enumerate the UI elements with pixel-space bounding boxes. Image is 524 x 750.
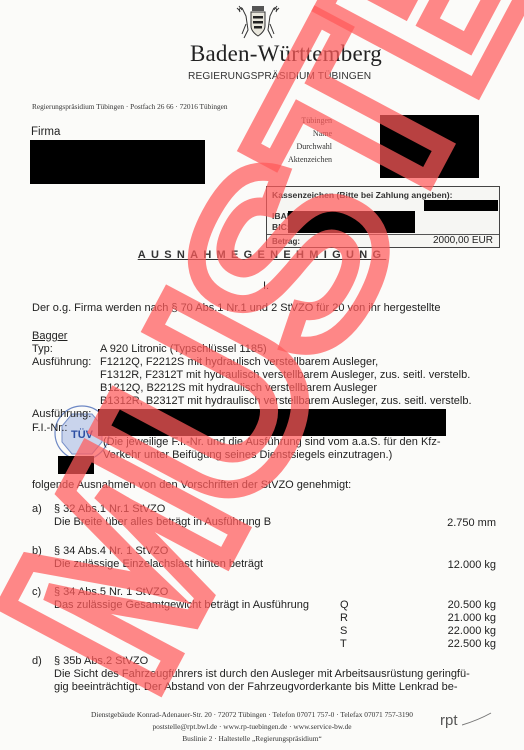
fi-note-line: (Die jeweilige F.I.-Nr. und die Ausführu… bbox=[103, 436, 441, 449]
item-paragraph: § 34 Abs.5 Nr. 1 StVZO bbox=[54, 586, 168, 598]
coat-of-arms-icon bbox=[234, 4, 282, 40]
redacted-stamp-field bbox=[58, 456, 94, 474]
fi-number-label: F.I.-Nr.: bbox=[32, 422, 67, 435]
variant-weight: 22.000 kg bbox=[376, 625, 496, 637]
fi-note-line: Verkehr unter Beifügung seines Dienstsie… bbox=[103, 449, 441, 462]
type-value: A 920 Litronic (Typschlüssel 1185) bbox=[100, 343, 267, 356]
meta-label-file-number: Aktenzeichen bbox=[288, 153, 332, 166]
recipient-label: Firma bbox=[31, 126, 60, 138]
variant-line: F1312R, F2312T mit hydraulisch verstellb… bbox=[100, 369, 472, 382]
meta-label-extension: Durchwahl bbox=[288, 140, 332, 153]
redacted-recipient-address bbox=[30, 140, 205, 184]
fi-note: (Die jeweilige F.I.-Nr. und die Ausführu… bbox=[103, 436, 441, 462]
document-title: AUSNAHMEGENEHMIGUNG bbox=[0, 249, 524, 261]
item-value: 2.750 mm bbox=[376, 517, 496, 529]
meta-label-city: Tübingen bbox=[288, 114, 332, 127]
type-label: Typ: bbox=[32, 343, 53, 356]
footer-bus: Buslinie 2 · Haltestelle „Regierungspräs… bbox=[0, 734, 524, 743]
intro-text: Der o.g. Firma werden nach § 70 Abs.1 Nr… bbox=[32, 302, 440, 315]
state-name: Baden-Württemberg bbox=[0, 41, 524, 67]
redacted-iban-bic bbox=[288, 211, 415, 233]
exceptions-intro: folgende Ausnahmen von den Vorschriften … bbox=[32, 479, 351, 492]
variant-weight: 20.500 kg bbox=[376, 599, 496, 611]
kassenzeichen-label: Kassenzeichen (Bitte bei Zahlung angeben… bbox=[272, 190, 453, 200]
variant-line: F1212Q, F2212S mit hydraulisch verstellb… bbox=[100, 356, 472, 369]
item-letter: d) bbox=[32, 655, 42, 667]
return-address: Regierungspräsidium Tübingen · Postfach … bbox=[32, 102, 228, 111]
variant-code: T bbox=[340, 638, 347, 650]
rpt-logo-swoosh-icon bbox=[462, 712, 492, 726]
item-letter: b) bbox=[32, 545, 42, 557]
item-letter: a) bbox=[32, 503, 42, 515]
redacted-variant-fi-number bbox=[98, 409, 446, 436]
variant-code: Q bbox=[340, 599, 349, 611]
item-paragraph: § 35b Abs.2 StVZO bbox=[54, 655, 148, 667]
item-description: Die zulässige Einzelachslast hinten betr… bbox=[54, 558, 263, 570]
svg-text:TÜV: TÜV bbox=[71, 428, 94, 441]
redacted-reference-values bbox=[380, 115, 479, 178]
vehicle-category: Bagger bbox=[32, 330, 67, 343]
item-letter: c) bbox=[32, 586, 41, 598]
variant-weight: 21.000 kg bbox=[376, 612, 496, 624]
meta-label-name: Name bbox=[288, 127, 332, 140]
authority-name: REGIERUNGSPRÄSIDIUM TÜBINGEN bbox=[188, 71, 371, 82]
amount-value: 2000,00 EUR bbox=[433, 235, 493, 246]
variant-line: B1312R, B2312T mit hydraulisch verstellb… bbox=[100, 395, 472, 408]
item-description-line: Die Sicht des Fahrzeugführers ist durch … bbox=[54, 668, 470, 680]
variant-code: R bbox=[340, 612, 348, 624]
payment-box: Kassenzeichen (Bitte bei Zahlung angeben… bbox=[266, 186, 500, 248]
variant-code: S bbox=[340, 625, 347, 637]
item-description-line: gig beeinträchtigt. Der Abstand von der … bbox=[54, 681, 458, 693]
item-description: Die Breite über alles beträgt in Ausführ… bbox=[54, 516, 271, 528]
variant-label: Ausführung: bbox=[32, 356, 91, 369]
variant-list: F1212Q, F2212S mit hydraulisch verstellb… bbox=[100, 356, 472, 408]
section-number: I. bbox=[263, 280, 269, 292]
item-description: Das zulässige Gesamtgewicht beträgt in A… bbox=[54, 599, 309, 611]
variant-line: B1212Q, B2212S mit hydraulisch verstellb… bbox=[100, 382, 472, 395]
item-paragraph: § 32 Abs.1 Nr.1 StVZO bbox=[54, 503, 165, 515]
redacted-kassenzeichen bbox=[424, 200, 498, 211]
amount-label: Betrag: bbox=[272, 237, 300, 246]
variant-weight: 22.500 kg bbox=[376, 638, 496, 650]
variant-label-2: Ausführung: bbox=[32, 408, 91, 421]
reference-labels: Tübingen Name Durchwahl Aktenzeichen bbox=[288, 114, 332, 166]
rpt-logo: rpt bbox=[440, 712, 492, 729]
item-paragraph: § 34 Abs.4 Nr. 1 StVZO bbox=[54, 545, 168, 557]
item-value: 12.000 kg bbox=[376, 559, 496, 571]
